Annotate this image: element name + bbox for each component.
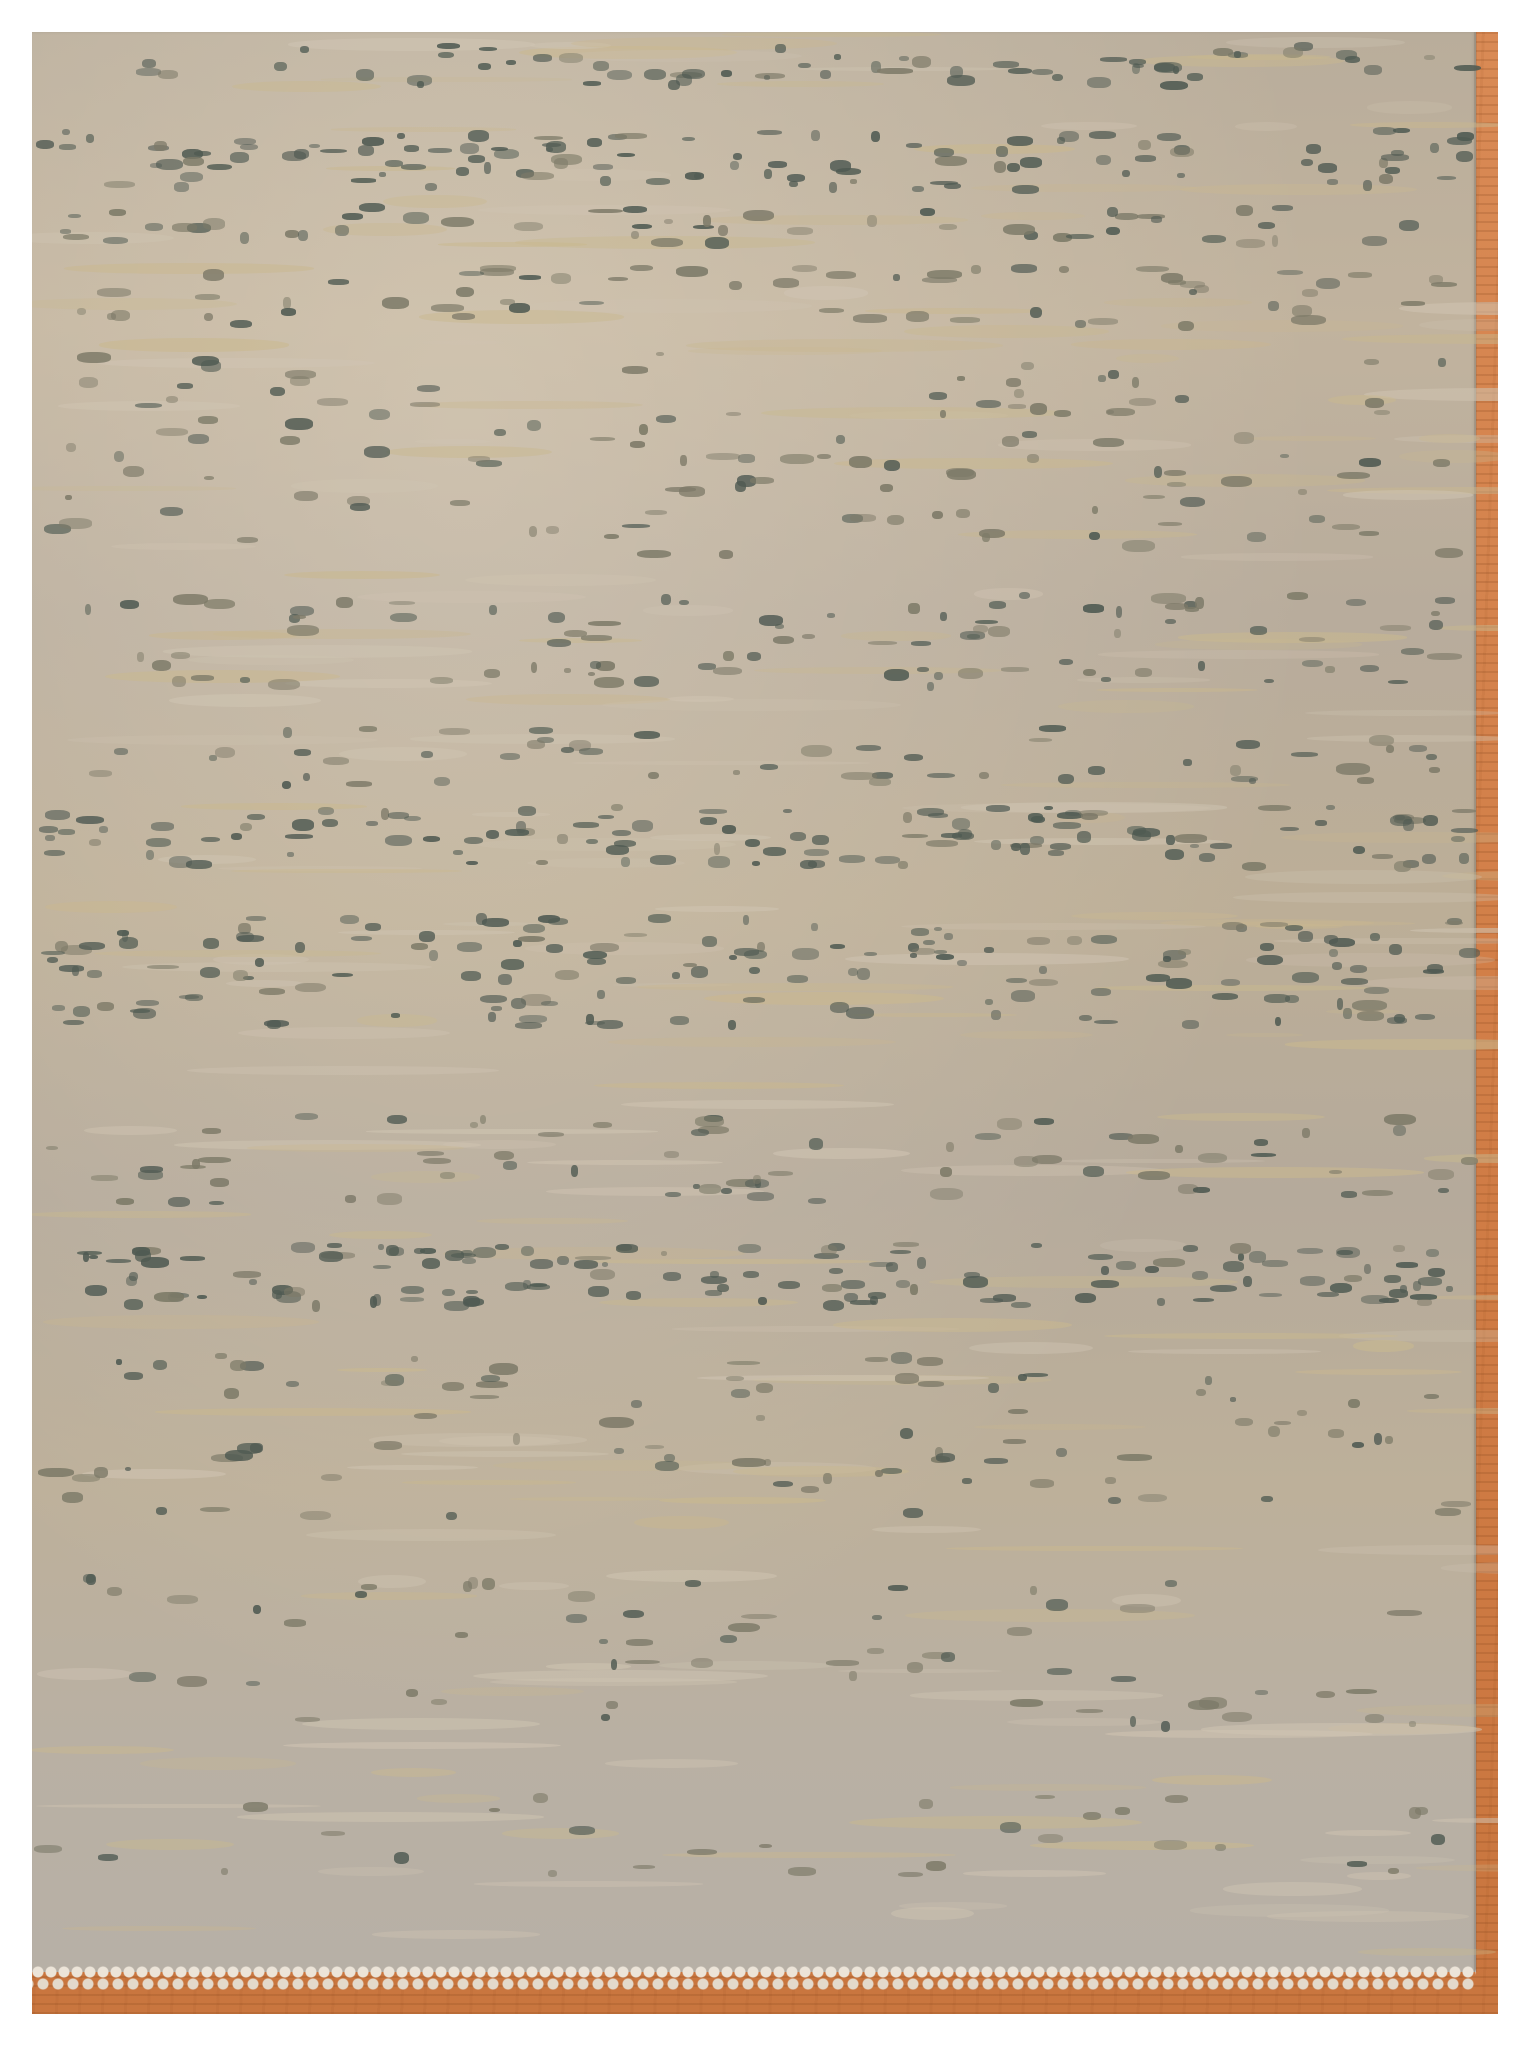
- rug-motif: [444, 1301, 469, 1311]
- rug-motif: [204, 599, 234, 609]
- rug-motif: [808, 1198, 826, 1204]
- rug-motif: [1129, 59, 1146, 65]
- rug-motif: [682, 137, 695, 141]
- rug-motif: [285, 370, 316, 379]
- rug-motif: [1091, 935, 1117, 944]
- rug-motif: [672, 972, 680, 979]
- rug-motif: [434, 777, 450, 786]
- rug-texture: [499, 1582, 569, 1590]
- rug-motif: [201, 360, 221, 371]
- rug-motif: [1199, 853, 1215, 862]
- rug-motif: [812, 835, 828, 845]
- rug-motif: [1221, 979, 1240, 986]
- rug-motif: [927, 773, 955, 778]
- rug-motif: [780, 454, 814, 464]
- rug-motif: [1235, 1418, 1253, 1426]
- rug-motif: [1435, 548, 1463, 559]
- rug-motif: [700, 817, 717, 825]
- rug-motif: [1193, 1187, 1210, 1193]
- rug-motif: [129, 1672, 156, 1682]
- rug-motif: [756, 1383, 773, 1394]
- rug-motif: [1059, 266, 1070, 273]
- rug-motif: [1259, 1293, 1282, 1297]
- rug-motif: [1362, 236, 1388, 246]
- rug-motif: [1370, 933, 1380, 941]
- rug-motif: [68, 214, 80, 218]
- rug-texture: [1233, 892, 1498, 904]
- rug-motif: [114, 748, 128, 755]
- rug-motif: [695, 1116, 724, 1127]
- rug-motif: [648, 772, 659, 780]
- rug-motif: [757, 130, 782, 135]
- rug-motif: [1332, 962, 1342, 970]
- rug-motif: [39, 826, 58, 833]
- rug-motif: [1326, 805, 1335, 810]
- rug-texture: [106, 1839, 234, 1850]
- rug-texture: [1058, 700, 1193, 713]
- rug-motif: [1409, 1721, 1416, 1726]
- rug-motif: [442, 1289, 455, 1296]
- rug-texture: [99, 338, 288, 351]
- rug-motif: [581, 635, 612, 640]
- rug-motif: [1297, 1248, 1323, 1254]
- rug-motif: [1222, 922, 1244, 930]
- rug-motif: [364, 446, 390, 458]
- rug-motif: [538, 1132, 564, 1137]
- rug-motif: [773, 1481, 793, 1487]
- rug-motif: [902, 834, 929, 838]
- rug-motif: [284, 1619, 307, 1626]
- rug-motif: [1138, 140, 1150, 150]
- rug-motif: [778, 1281, 800, 1289]
- rug-motif: [1044, 806, 1053, 810]
- rug-motif: [598, 815, 614, 819]
- rug-motif: [431, 1699, 448, 1705]
- rug-motif: [1059, 659, 1073, 665]
- rug-texture: [1246, 953, 1495, 966]
- rug-texture: [594, 1082, 844, 1089]
- rug-motif: [1077, 831, 1091, 843]
- rug-motif: [632, 820, 653, 832]
- rug-motif: [45, 810, 70, 820]
- rug-motif: [911, 928, 929, 935]
- rug-motif: [975, 620, 998, 624]
- rug-motif: [177, 383, 192, 389]
- rug-motif: [1337, 1250, 1353, 1255]
- rug-motif: [989, 601, 1006, 608]
- rug-motif: [538, 915, 560, 923]
- rug-motif: [1234, 432, 1254, 443]
- rug-motif: [1030, 403, 1048, 415]
- rug-motif: [826, 271, 855, 279]
- rug-motif: [626, 1291, 641, 1300]
- rug-motif: [1389, 944, 1402, 954]
- rug-motif: [775, 624, 784, 629]
- rug-motif: [1384, 1275, 1401, 1283]
- rug-motif: [1306, 144, 1321, 154]
- rug-texture: [1281, 832, 1498, 844]
- rug-texture: [659, 1661, 834, 1670]
- rug-motif: [1014, 389, 1024, 398]
- rug-motif: [1236, 205, 1252, 216]
- rug-motif: [423, 836, 441, 842]
- rug-motif: [491, 1006, 502, 1011]
- rug-motif: [172, 223, 197, 231]
- rug-motif: [38, 1468, 73, 1477]
- rug-texture: [45, 901, 177, 913]
- rug-motif: [1117, 1454, 1151, 1460]
- rug-motif: [1091, 988, 1111, 996]
- rug-motif: [590, 661, 601, 668]
- rug-texture: [97, 358, 375, 369]
- rug-motif: [547, 639, 571, 647]
- rug-motif: [146, 838, 171, 847]
- rug-motif: [1388, 680, 1408, 684]
- rug-motif: [1007, 163, 1020, 172]
- rug-texture: [337, 1368, 428, 1372]
- rug-motif: [1429, 767, 1440, 773]
- rug-motif: [602, 1262, 609, 1267]
- rug-motif: [1035, 1795, 1055, 1800]
- rug-motif: [1088, 1254, 1114, 1260]
- rug-motif: [473, 1247, 497, 1258]
- rug-texture: [187, 1066, 500, 1076]
- rug-motif: [480, 995, 507, 1004]
- rug-texture: [1226, 1033, 1303, 1037]
- rug-motif: [1031, 1243, 1042, 1248]
- rug-motif: [166, 396, 179, 403]
- rug-motif: [1023, 1373, 1047, 1377]
- rug-motif: [366, 821, 378, 826]
- rug-texture: [1098, 650, 1379, 658]
- rug-motif: [958, 668, 983, 679]
- rug-motif: [1435, 1508, 1461, 1516]
- rug-motif: [726, 412, 742, 416]
- rug-motif: [625, 1660, 661, 1665]
- rug-motif: [1180, 497, 1205, 507]
- rug-motif: [1451, 828, 1478, 833]
- rug-motif: [1170, 147, 1194, 158]
- rug-motif: [622, 524, 650, 528]
- rug-motif: [466, 861, 477, 865]
- rug-motif: [1132, 377, 1139, 387]
- rug-motif: [1094, 1020, 1118, 1025]
- rug-motif: [1079, 1015, 1093, 1021]
- rug-motif: [822, 1284, 841, 1292]
- rug-motif: [950, 317, 981, 322]
- rug-texture: [1305, 710, 1498, 716]
- rug-motif: [849, 1671, 856, 1681]
- rug-motif: [808, 860, 826, 868]
- rug-motif: [123, 466, 144, 477]
- rug-motif: [287, 852, 294, 856]
- rug-motif: [1135, 668, 1152, 676]
- rug-motif: [579, 748, 603, 755]
- rug-motif: [817, 454, 831, 459]
- rug-motif: [1316, 1691, 1335, 1699]
- rug-motif: [984, 1458, 1008, 1464]
- rug-texture: [238, 1027, 450, 1039]
- rug-motif: [191, 675, 214, 681]
- rug-motif: [417, 1151, 444, 1156]
- rug-motif: [83, 1252, 89, 1261]
- rug-motif: [936, 1453, 955, 1462]
- rug-texture: [1416, 1864, 1498, 1871]
- rug-motif: [140, 1166, 163, 1173]
- rug-motif: [180, 1256, 205, 1261]
- rug-motif: [869, 778, 891, 786]
- rug-motif: [783, 809, 792, 813]
- rug-motif: [1022, 431, 1038, 438]
- rug-motif: [468, 456, 490, 462]
- rug-motif: [1221, 476, 1252, 487]
- rug-motif: [1175, 395, 1189, 403]
- rug-motif: [1108, 370, 1118, 379]
- rug-motif: [272, 1290, 282, 1299]
- rug-motif: [394, 1852, 410, 1864]
- rug: [32, 32, 1476, 1972]
- rug-motif: [1029, 738, 1052, 742]
- rug-motif: [984, 947, 994, 952]
- rug-motif: [940, 1167, 952, 1176]
- rug-motif: [177, 1676, 207, 1687]
- rug-motif: [1106, 227, 1120, 236]
- rug-texture: [1007, 1718, 1161, 1727]
- rug-motif: [849, 456, 872, 468]
- rug-motif: [294, 749, 311, 756]
- rug-motif: [361, 1584, 377, 1590]
- rug-motif: [1423, 815, 1439, 826]
- rug-motif: [530, 1259, 553, 1268]
- rug-motif: [621, 857, 630, 867]
- rug-motif: [665, 1192, 681, 1197]
- rug-motif: [701, 1276, 727, 1284]
- rug-motif: [291, 1242, 315, 1253]
- rug-motif: [630, 441, 645, 447]
- rug-motif: [169, 856, 192, 868]
- rug-motif: [46, 1146, 58, 1150]
- rug-motif: [1138, 1494, 1167, 1503]
- rug-motif: [419, 931, 434, 942]
- rug-motif: [1182, 1020, 1198, 1029]
- rug-motif: [411, 1356, 418, 1362]
- rug-motif: [519, 275, 541, 279]
- rug-motif: [546, 526, 559, 534]
- rug-motif: [1198, 661, 1205, 671]
- rug-motif: [1165, 619, 1176, 624]
- rug-motif: [917, 1357, 943, 1366]
- rug-motif: [664, 219, 674, 225]
- rug-motif: [1417, 1299, 1432, 1306]
- rug-texture: [226, 980, 304, 987]
- rug-motif: [900, 1428, 914, 1440]
- rug-motif: [1341, 978, 1367, 985]
- rug-motif: [437, 43, 460, 49]
- rug-motif: [1122, 540, 1155, 552]
- rug-texture: [301, 1592, 477, 1599]
- rug-motif: [160, 507, 183, 516]
- rug-texture: [62, 1926, 256, 1932]
- rug-motif: [156, 428, 189, 436]
- rug-motif: [593, 61, 609, 71]
- rug-motif: [1018, 1374, 1026, 1382]
- rug-motif: [420, 1248, 436, 1254]
- rug-motif: [356, 69, 374, 81]
- rug-motif: [1138, 1171, 1170, 1180]
- rug-motif: [323, 757, 349, 765]
- rug-motif: [809, 1138, 823, 1150]
- rug-motif: [719, 550, 734, 558]
- rug-motif: [400, 1297, 424, 1302]
- rug-motif: [1243, 1276, 1251, 1287]
- rug-motif: [97, 1002, 114, 1011]
- rug-texture: [1116, 354, 1179, 364]
- rug-motif: [85, 1285, 107, 1296]
- rug-motif: [246, 916, 267, 921]
- rug-motif: [230, 152, 249, 162]
- rug-motif: [489, 1363, 518, 1375]
- rug-motif: [1285, 995, 1300, 1004]
- rug-motif: [865, 1357, 888, 1362]
- rug-motif: [174, 182, 188, 192]
- rug-motif: [247, 814, 264, 820]
- rug-motif: [1143, 495, 1165, 500]
- rug-texture: [688, 347, 882, 355]
- rug-motif: [1396, 1262, 1417, 1267]
- rug-motif: [714, 843, 720, 854]
- rug-motif: [243, 1802, 267, 1812]
- rug-motif: [1257, 955, 1283, 966]
- rug-texture: [571, 37, 837, 50]
- rug-texture: [969, 1342, 1093, 1354]
- rug-motif: [431, 304, 464, 312]
- rug-motif: [639, 424, 648, 435]
- rug-texture: [901, 923, 1206, 930]
- rug-motif: [617, 153, 635, 157]
- rug-texture: [963, 1870, 1106, 1877]
- rug-motif: [450, 500, 470, 506]
- rug-motif: [146, 850, 154, 860]
- rug-motif: [1223, 1261, 1244, 1272]
- rug-motif: [494, 429, 505, 436]
- rug-texture: [213, 629, 471, 639]
- rug-motif: [215, 1353, 226, 1359]
- rug-texture: [1247, 436, 1376, 442]
- rug-motif: [1089, 532, 1100, 541]
- rug-motif: [1105, 1477, 1116, 1484]
- rug-motif: [573, 822, 599, 828]
- rug-motif: [494, 1151, 515, 1160]
- rug-motif: [850, 179, 856, 184]
- rug-motif: [422, 1258, 440, 1269]
- rug-motif: [506, 60, 516, 65]
- rug-motif: [607, 70, 632, 80]
- rug-motif: [1130, 1716, 1136, 1728]
- rug-motif: [1272, 205, 1293, 211]
- rug-motif: [733, 153, 742, 160]
- rug-texture: [722, 32, 941, 37]
- rug-motif: [1047, 1668, 1072, 1675]
- rug-motif: [890, 1250, 912, 1254]
- rug-motif: [661, 594, 671, 605]
- rug-motif: [464, 837, 483, 845]
- rug-motif: [77, 352, 111, 363]
- rug-motif: [583, 81, 602, 85]
- rug-motif: [1154, 1840, 1187, 1850]
- rug-motif: [259, 988, 285, 995]
- rug-texture: [414, 401, 643, 410]
- rug-motif: [1302, 1128, 1310, 1138]
- rug-motif: [386, 1245, 399, 1256]
- rug-motif: [350, 503, 370, 511]
- rug-motif: [703, 215, 711, 227]
- rug-motif: [154, 1292, 184, 1303]
- rug-motif: [1343, 1008, 1351, 1019]
- rug-motif: [908, 603, 919, 613]
- rug-motif: [411, 943, 428, 950]
- rug-motif: [541, 1001, 558, 1007]
- rug-texture: [1201, 1723, 1483, 1735]
- rug-texture: [704, 992, 944, 1005]
- rug-texture: [899, 1902, 1007, 1910]
- rug-motif: [899, 56, 909, 61]
- rug-motif: [1146, 974, 1171, 982]
- rug-motif: [1187, 73, 1204, 81]
- rug-motif: [952, 832, 974, 841]
- rug-motif: [1011, 264, 1037, 273]
- rug-texture: [1419, 434, 1480, 442]
- rug-motif: [1101, 677, 1111, 682]
- rug-motif: [929, 392, 947, 400]
- rug-motif: [52, 1005, 65, 1010]
- rug-texture: [37, 1668, 133, 1680]
- rug-motif: [1389, 1289, 1407, 1298]
- rug-motif: [962, 1478, 972, 1483]
- rug-motif: [893, 1242, 919, 1247]
- rug-motif: [97, 288, 131, 296]
- rug-motif: [1291, 752, 1318, 757]
- rug-texture: [1161, 320, 1403, 331]
- rug-motif: [47, 957, 59, 963]
- rug-motif: [482, 1578, 495, 1590]
- rug-texture: [231, 869, 462, 874]
- rug-motif: [1165, 1795, 1189, 1803]
- rug-motif: [1385, 167, 1399, 174]
- rug-motif: [790, 832, 806, 841]
- rug-motif: [1088, 766, 1105, 774]
- rug-motif: [775, 44, 785, 53]
- rug-motif: [877, 68, 912, 74]
- rug-motif: [1409, 1807, 1421, 1819]
- rug-motif: [429, 950, 438, 961]
- rug-motif: [210, 1178, 229, 1187]
- rug-motif: [85, 604, 91, 616]
- rug-motif: [604, 534, 619, 539]
- rug-motif: [98, 1854, 118, 1860]
- rug-motif: [378, 1244, 384, 1250]
- rug-motif: [1302, 660, 1323, 668]
- rug-motif: [529, 526, 538, 537]
- rug-texture: [546, 1663, 631, 1669]
- rug-motif: [293, 615, 306, 620]
- rug-motif: [1359, 458, 1381, 467]
- rug-motif: [137, 652, 144, 662]
- rug-motif: [1258, 805, 1291, 812]
- rug-motif: [1076, 1709, 1102, 1713]
- rug-motif: [484, 162, 490, 174]
- rug-motif: [389, 601, 415, 605]
- rug-motif: [534, 136, 563, 141]
